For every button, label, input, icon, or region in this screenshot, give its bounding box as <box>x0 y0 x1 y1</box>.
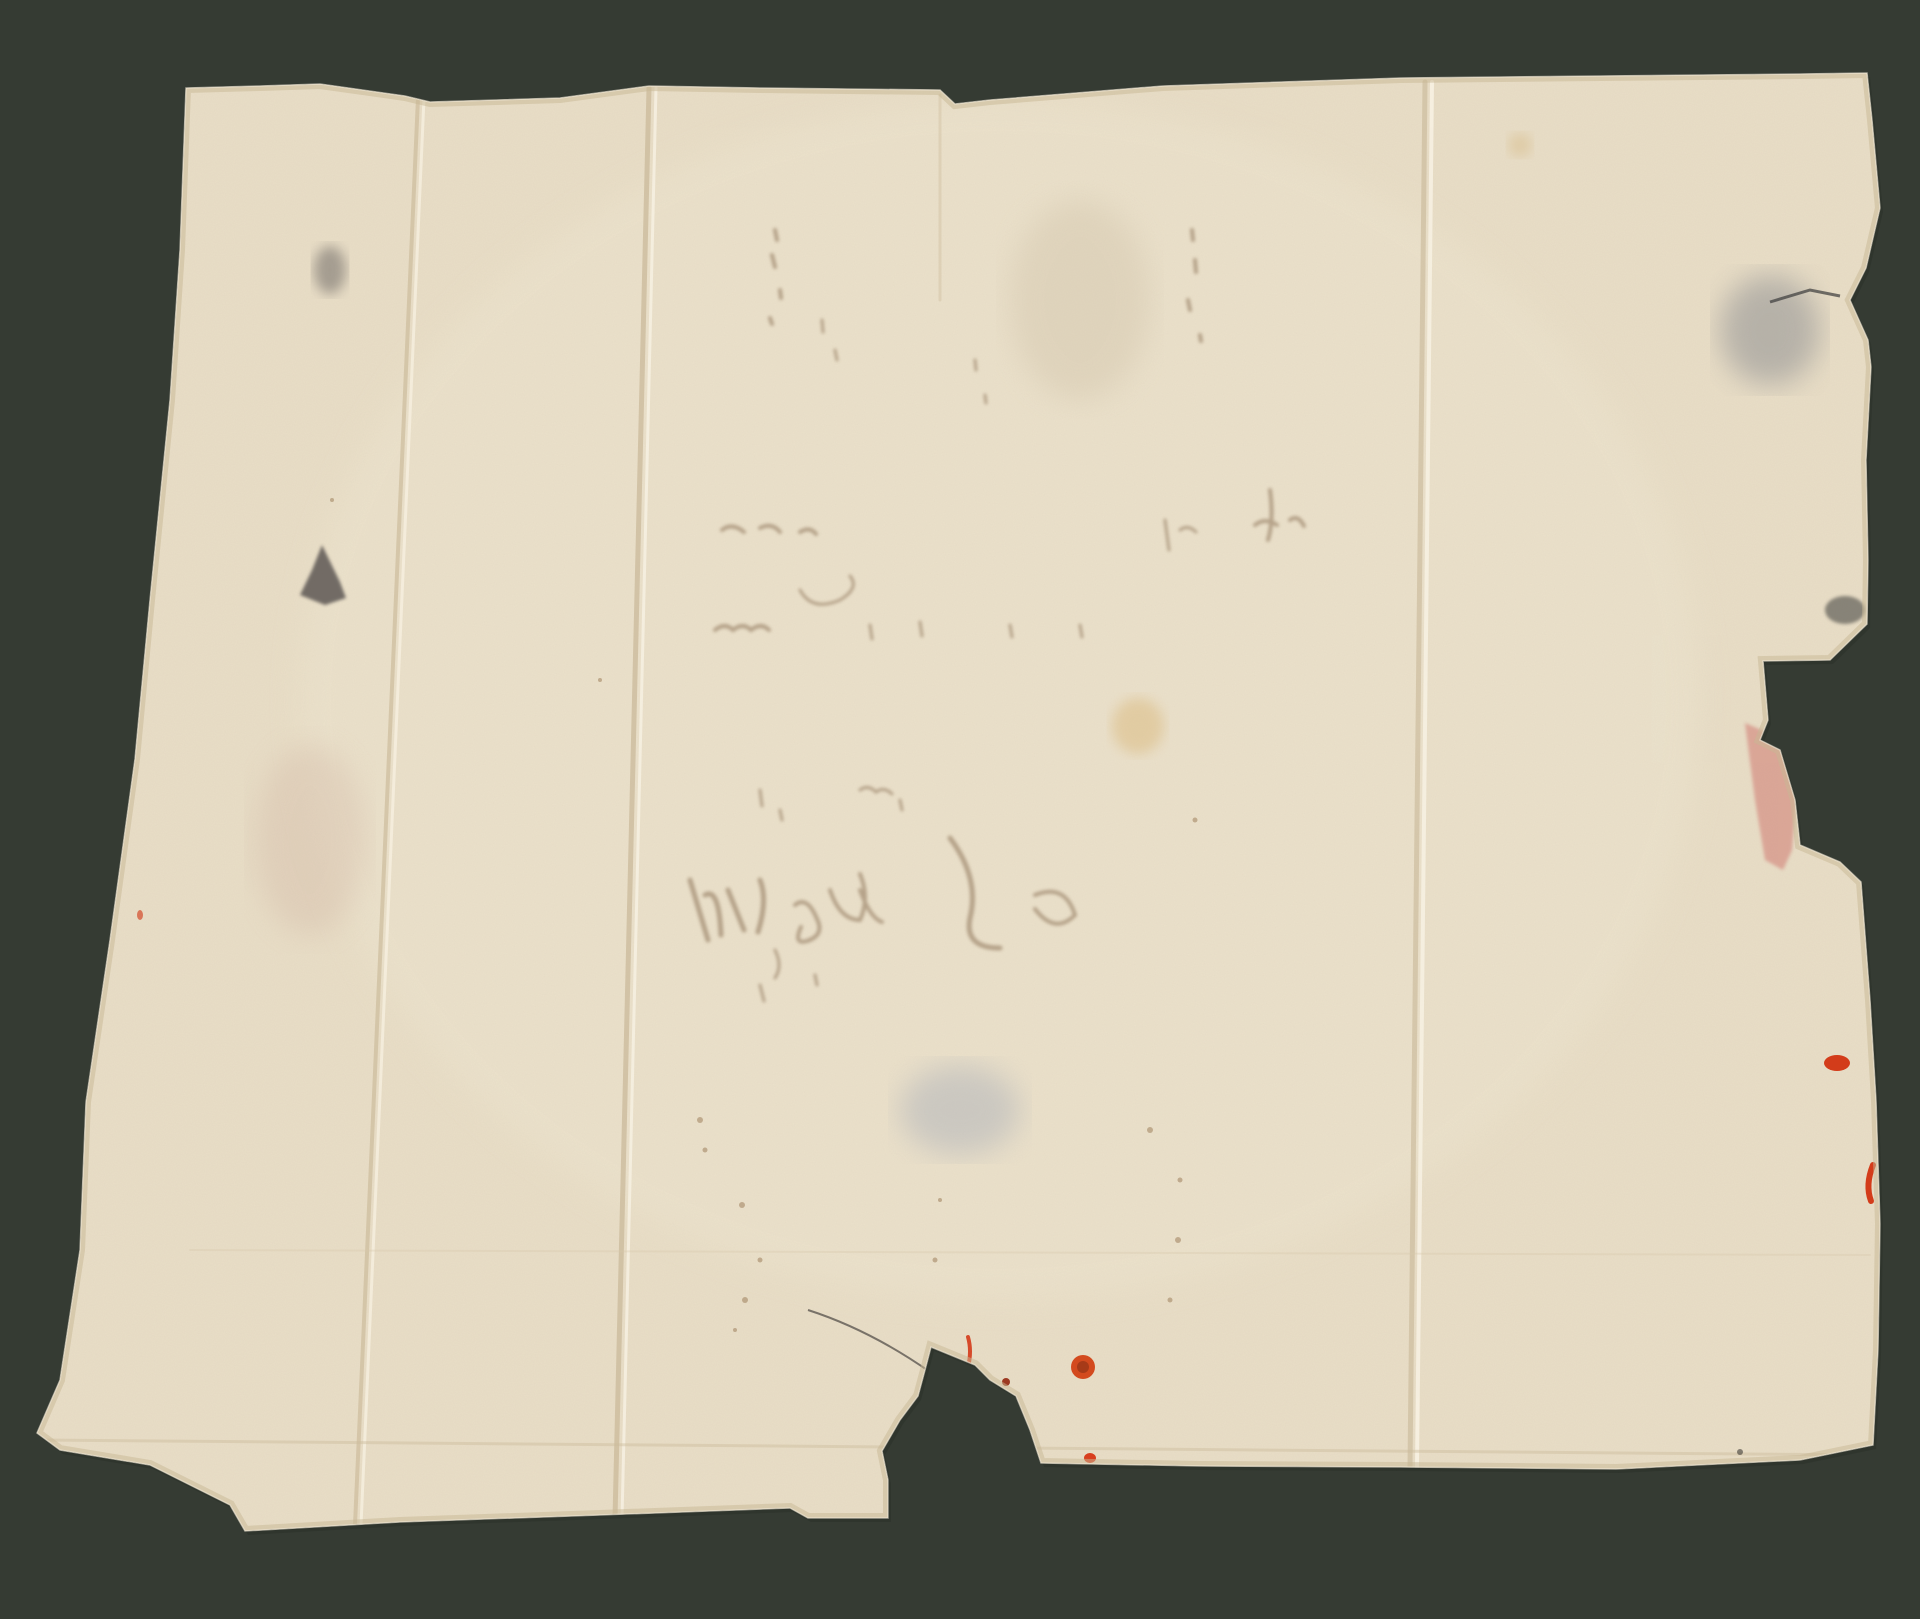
grey-stain-lower-center <box>900 1065 1020 1155</box>
yellow-spot-center <box>1112 698 1164 754</box>
red-wax-dot <box>1824 1055 1850 1071</box>
grey-smudge-left <box>314 246 346 294</box>
scan-canvas <box>0 0 1920 1619</box>
